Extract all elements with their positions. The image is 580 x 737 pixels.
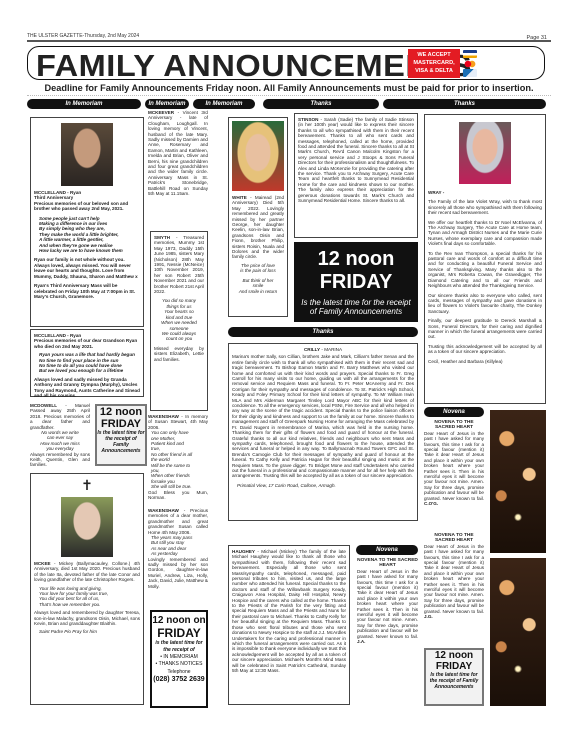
delta-card-icon	[463, 69, 477, 77]
deadline-ad-phone: 12 noon on FRIDAY is the latest time for…	[150, 610, 208, 708]
notice-smyth: SMYTH - Treasured memories, Mummy 1st Ma…	[150, 231, 208, 411]
notice-white: WHITE - Mairead (2nd Anniversary) Died 5…	[228, 117, 288, 317]
portrait-photo	[459, 122, 511, 184]
masthead: THE ULSTER GAZETTE-Thursday, 2nd May 202…	[27, 33, 547, 39]
portrait-photo	[232, 121, 284, 191]
candle-image	[490, 410, 546, 553]
notice-crilly: CRILLY - MARINA Marina's mother Sally, s…	[228, 343, 418, 521]
notice-wakenshaw-1: WAKENSHAW - In memory of Susan Stewart, …	[148, 414, 208, 501]
notice-intro: Precious memories of our dear Grandson R…	[34, 338, 140, 349]
deadline-notice: Deadline for Family Announcements Friday…	[27, 83, 551, 93]
deadline-ad-small: 12 noon FRIDAY Is the latest time for th…	[424, 648, 484, 706]
section-header-in-memoriam: In Memoriam	[145, 99, 189, 109]
verse: Ryan yours was a life that had hardly be…	[34, 352, 140, 374]
masthead-rule	[27, 40, 551, 42]
notice-mckee: ✝ MCKEE - Mickey (Ballymacauley, Collone…	[30, 473, 144, 705]
divider	[27, 95, 551, 96]
verse: You can only haveone Mother,Patient kind…	[148, 430, 208, 489]
verse: Your life was loving and giving,Your lov…	[34, 586, 140, 608]
notice-mcdowell: MCDOWELL - Manuel Passed away 25th April…	[30, 403, 90, 468]
section-header-in-memoriam: In Memoriam	[27, 99, 141, 109]
notice-mcclelland-1: MCCLELLAND - Ryan Third Anniversary Prec…	[30, 117, 144, 327]
notice-intro: Precious memories of our beloved son and…	[34, 201, 140, 212]
novena-notice: NOVENA TO THE SACRED HEART Dear Heart of…	[424, 533, 484, 620]
deadline-ad-large: 12 noon FRIDAY Is the latest time for th…	[294, 242, 418, 322]
novena-notice: NOVENA TO THE SACRED HEART Dear Heart of…	[424, 420, 484, 507]
verse: No words we writecan ever sayHow much we…	[30, 430, 90, 452]
section-header-thanks: Thanks	[263, 99, 379, 109]
notice-body: Always loved and sadly missed by Granda …	[34, 377, 140, 399]
cross-icon: ✝	[34, 477, 140, 493]
visa-card-icon	[463, 50, 477, 58]
portrait-photo	[61, 123, 113, 186]
card-logos	[463, 50, 477, 79]
masthead-title: THE ULSTER GAZETTE-Thursday, 2nd May 202…	[27, 33, 139, 39]
notice-mckeever: MCKEEVER - Vincent 3rd Anniversary - lat…	[148, 110, 208, 197]
accept-line: WE ACCEPT	[408, 51, 460, 59]
verse: The price of loveis the pain of lossBut …	[232, 263, 284, 294]
deadline-ad-small: 12 noon FRIDAY Is the latest time for th…	[95, 404, 147, 466]
section-header-thanks: Thanks	[383, 99, 546, 109]
mastercard-icon	[463, 60, 477, 68]
section-header-thanks: Thanks	[228, 327, 418, 337]
accept-line: MASTERCARD,	[408, 59, 460, 67]
payment-accept-badge: WE ACCEPT MASTERCARD, VISA & DELTA	[408, 49, 460, 78]
section-header-novena: Novena	[356, 545, 418, 555]
section-header-novena: Novena	[424, 407, 484, 417]
notice-body: Ryan our family is not whole without you…	[34, 257, 140, 279]
notice-wakenshaw-2: WAKENSHAW - Precious memories of a dear …	[148, 508, 208, 589]
notice-haughey: HAUGHEY - Michael (Mickey) The family of…	[228, 545, 350, 705]
notice-mcclelland-2: MCCLELLAND - Ryan Precious memories of o…	[30, 329, 144, 397]
mass-details: Ryan's Third Anniversary Mass will be ce…	[34, 283, 140, 299]
page-title: FAMILY ANNOUNCEMENTS	[36, 48, 472, 84]
notice-wray: WRAY - The Family of the late Violet Wra…	[424, 114, 546, 404]
portrait-photo	[61, 497, 113, 557]
notice-stinson: STINSON - Sarah (Sadie) The family of Sa…	[294, 113, 418, 238]
section-header-in-memoriam: In Memoriam	[193, 99, 255, 109]
candle-image	[490, 558, 546, 706]
verse: You did so manythings for usYour hearts …	[154, 298, 204, 341]
accept-line: VISA & DELTA	[408, 67, 460, 75]
verse: The years may passBut still you stayAs n…	[148, 535, 208, 557]
novena-notice: NOVENA TO THE SACRED HEART Dear Heart of…	[357, 558, 418, 645]
verse: Some people just can't helpMaking a diff…	[34, 216, 140, 254]
phone-number: (028) 3752 2639	[152, 676, 206, 683]
